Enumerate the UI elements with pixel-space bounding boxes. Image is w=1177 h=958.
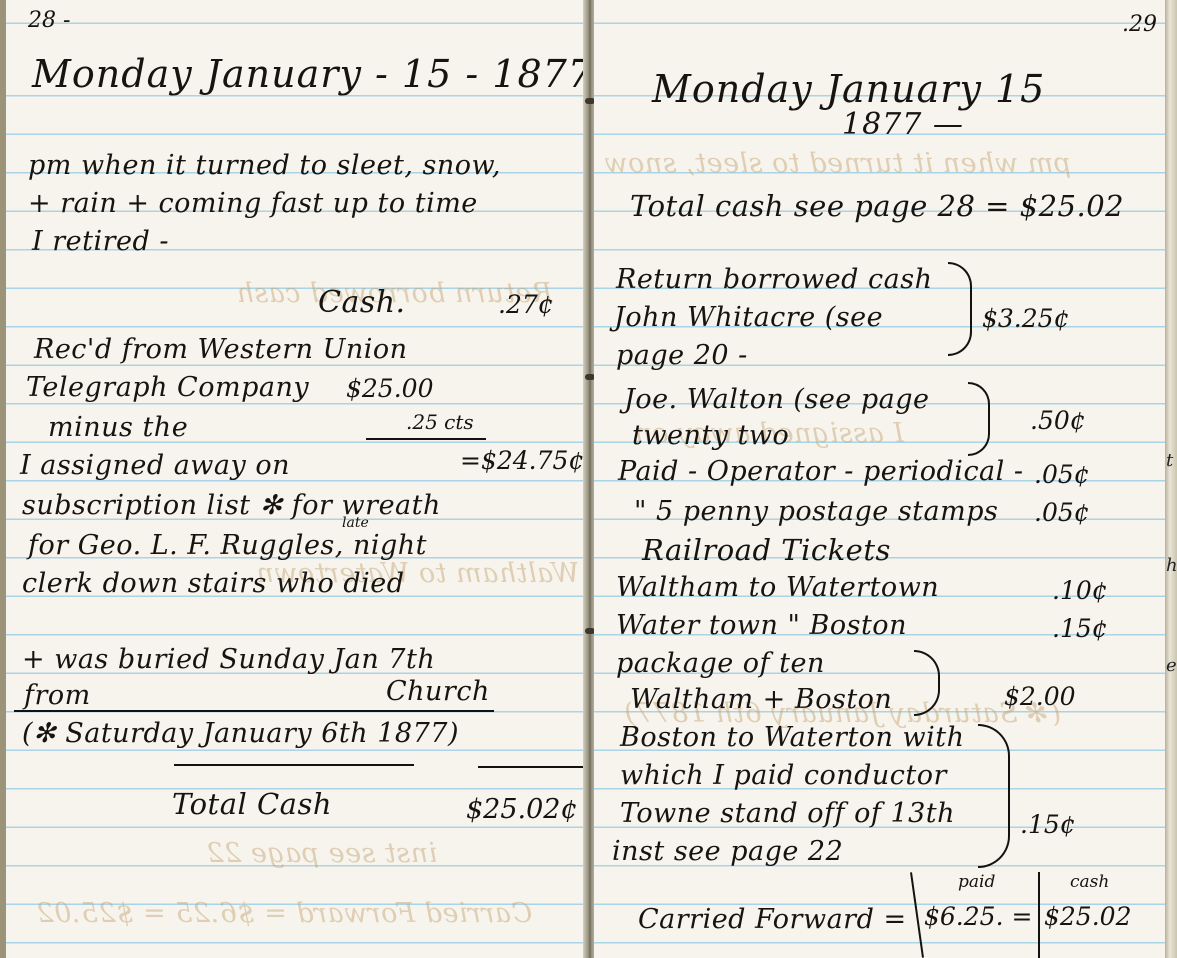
open-ledger-spread: Return borrowed cash Waltham to Watertow…: [0, 0, 1177, 958]
page-edge: t h e: [1165, 0, 1177, 958]
entry-amount: .50¢: [1030, 408, 1086, 433]
brace: [978, 724, 1010, 868]
diary-line: pm when it turned to sleet, snow,: [28, 152, 501, 179]
entry-amount: .05¢: [1034, 500, 1090, 525]
receipt-amount: $25.00: [346, 376, 433, 401]
total-rule-left: [174, 764, 414, 766]
diary-line: I retired -: [32, 228, 169, 255]
paid-label: paid: [958, 874, 995, 891]
cash-heading-amount: .27¢: [498, 292, 554, 317]
page-heading: Monday January - 15 - 1877 -: [32, 55, 588, 93]
ticket-amount: $2.00: [1004, 684, 1076, 709]
footnote-line: (✻ Saturday January 6th 1877): [22, 720, 459, 747]
entry-amount: .05¢: [1034, 462, 1090, 487]
page-heading-line2: 1877 —: [842, 110, 964, 140]
cash-amount: $25.02: [1044, 904, 1131, 929]
brace: [968, 382, 990, 456]
edge-mark: t: [1166, 450, 1173, 471]
page-number: 28 -: [28, 10, 70, 32]
receipt-line: I assigned away on: [20, 452, 290, 479]
section-rule: [14, 710, 494, 712]
entry-line: John Whitacre (see: [614, 304, 883, 331]
ticket-amount: .15¢: [1052, 616, 1108, 641]
entry-line: " 5 penny postage stamps: [634, 498, 998, 525]
left-page: Return borrowed cash Waltham to Watertow…: [0, 0, 588, 958]
brace: [948, 262, 972, 356]
ticket-line: package of ten: [616, 650, 825, 677]
column-divider: [1038, 872, 1040, 958]
entry-line: Paid - Operator - periodical -: [618, 458, 1024, 485]
edge-mark: e: [1166, 655, 1177, 676]
note-line: clerk down stairs who died: [22, 570, 405, 597]
diary-line: + rain + coming fast up to time: [28, 190, 478, 217]
entry-line: page 20 -: [616, 342, 748, 369]
ticket-line: which I paid conductor: [620, 762, 947, 789]
note-line: subscription list ✻ for wreath: [22, 492, 441, 519]
ticket-route: Waltham to Watertown: [616, 574, 939, 601]
receipt-line: Telegraph Company: [26, 374, 309, 401]
ticket-line: Waltham + Boston: [630, 686, 892, 713]
right-page: pm when it turned to sleet, snow I assig…: [594, 0, 1165, 958]
cash-heading-label: Cash.: [318, 288, 406, 318]
column-divider: [910, 872, 924, 957]
page-heading-line1: Monday January 15: [652, 70, 1045, 108]
receipt-deduction: .25 cts: [406, 412, 474, 432]
cash-label: cash: [1070, 874, 1109, 891]
total-cash-label: Total Cash: [172, 790, 332, 819]
ticket-amount: .15¢: [1020, 812, 1076, 837]
ticket-amount: .10¢: [1052, 578, 1108, 603]
receipt-line: Rec'd from Western Union: [34, 336, 408, 363]
total-cash-amount: $25.02¢: [466, 796, 578, 823]
total-cash-line: Total cash see page 28 = $25.02: [630, 192, 1124, 221]
from-label: from: [24, 682, 91, 709]
carried-forward-label: Carried Forward =: [638, 906, 907, 933]
bleed-through-text: pm when it turned to sleet, snow: [604, 150, 1071, 177]
entry-amount: $3.25¢: [982, 306, 1069, 331]
railroad-heading: Railroad Tickets: [642, 536, 891, 565]
ticket-line: Towne stand off of 13th: [620, 800, 955, 827]
church-label: Church: [386, 678, 490, 705]
note-line: for Geo. L. F. Ruggles, night: [28, 532, 427, 559]
total-rule-right: [478, 766, 586, 768]
ticket-line: Boston to Waterton with: [620, 724, 965, 751]
entry-line: Return borrowed cash: [616, 266, 932, 293]
ticket-route: Water town " Boston: [616, 612, 907, 639]
entry-line: twenty two: [632, 422, 789, 449]
page-number: .29: [1122, 14, 1157, 36]
receipt-line: minus the: [48, 414, 188, 441]
subtotal-rule: [366, 438, 486, 440]
paid-amount: $6.25. =: [924, 904, 1032, 929]
insertion-late: late: [342, 516, 369, 530]
burial-line: + was buried Sunday Jan 7th: [22, 646, 435, 673]
bleed-through-text: Carried Forward = $6.25 = $25.02: [36, 900, 532, 927]
bleed-through-text: inst see page 22: [206, 840, 437, 867]
ticket-line: inst see page 22: [612, 838, 843, 865]
receipt-net-amount: =$24.75¢: [460, 448, 584, 473]
edge-mark: h: [1166, 555, 1177, 576]
entry-line: Joe. Walton (see page: [624, 386, 930, 413]
